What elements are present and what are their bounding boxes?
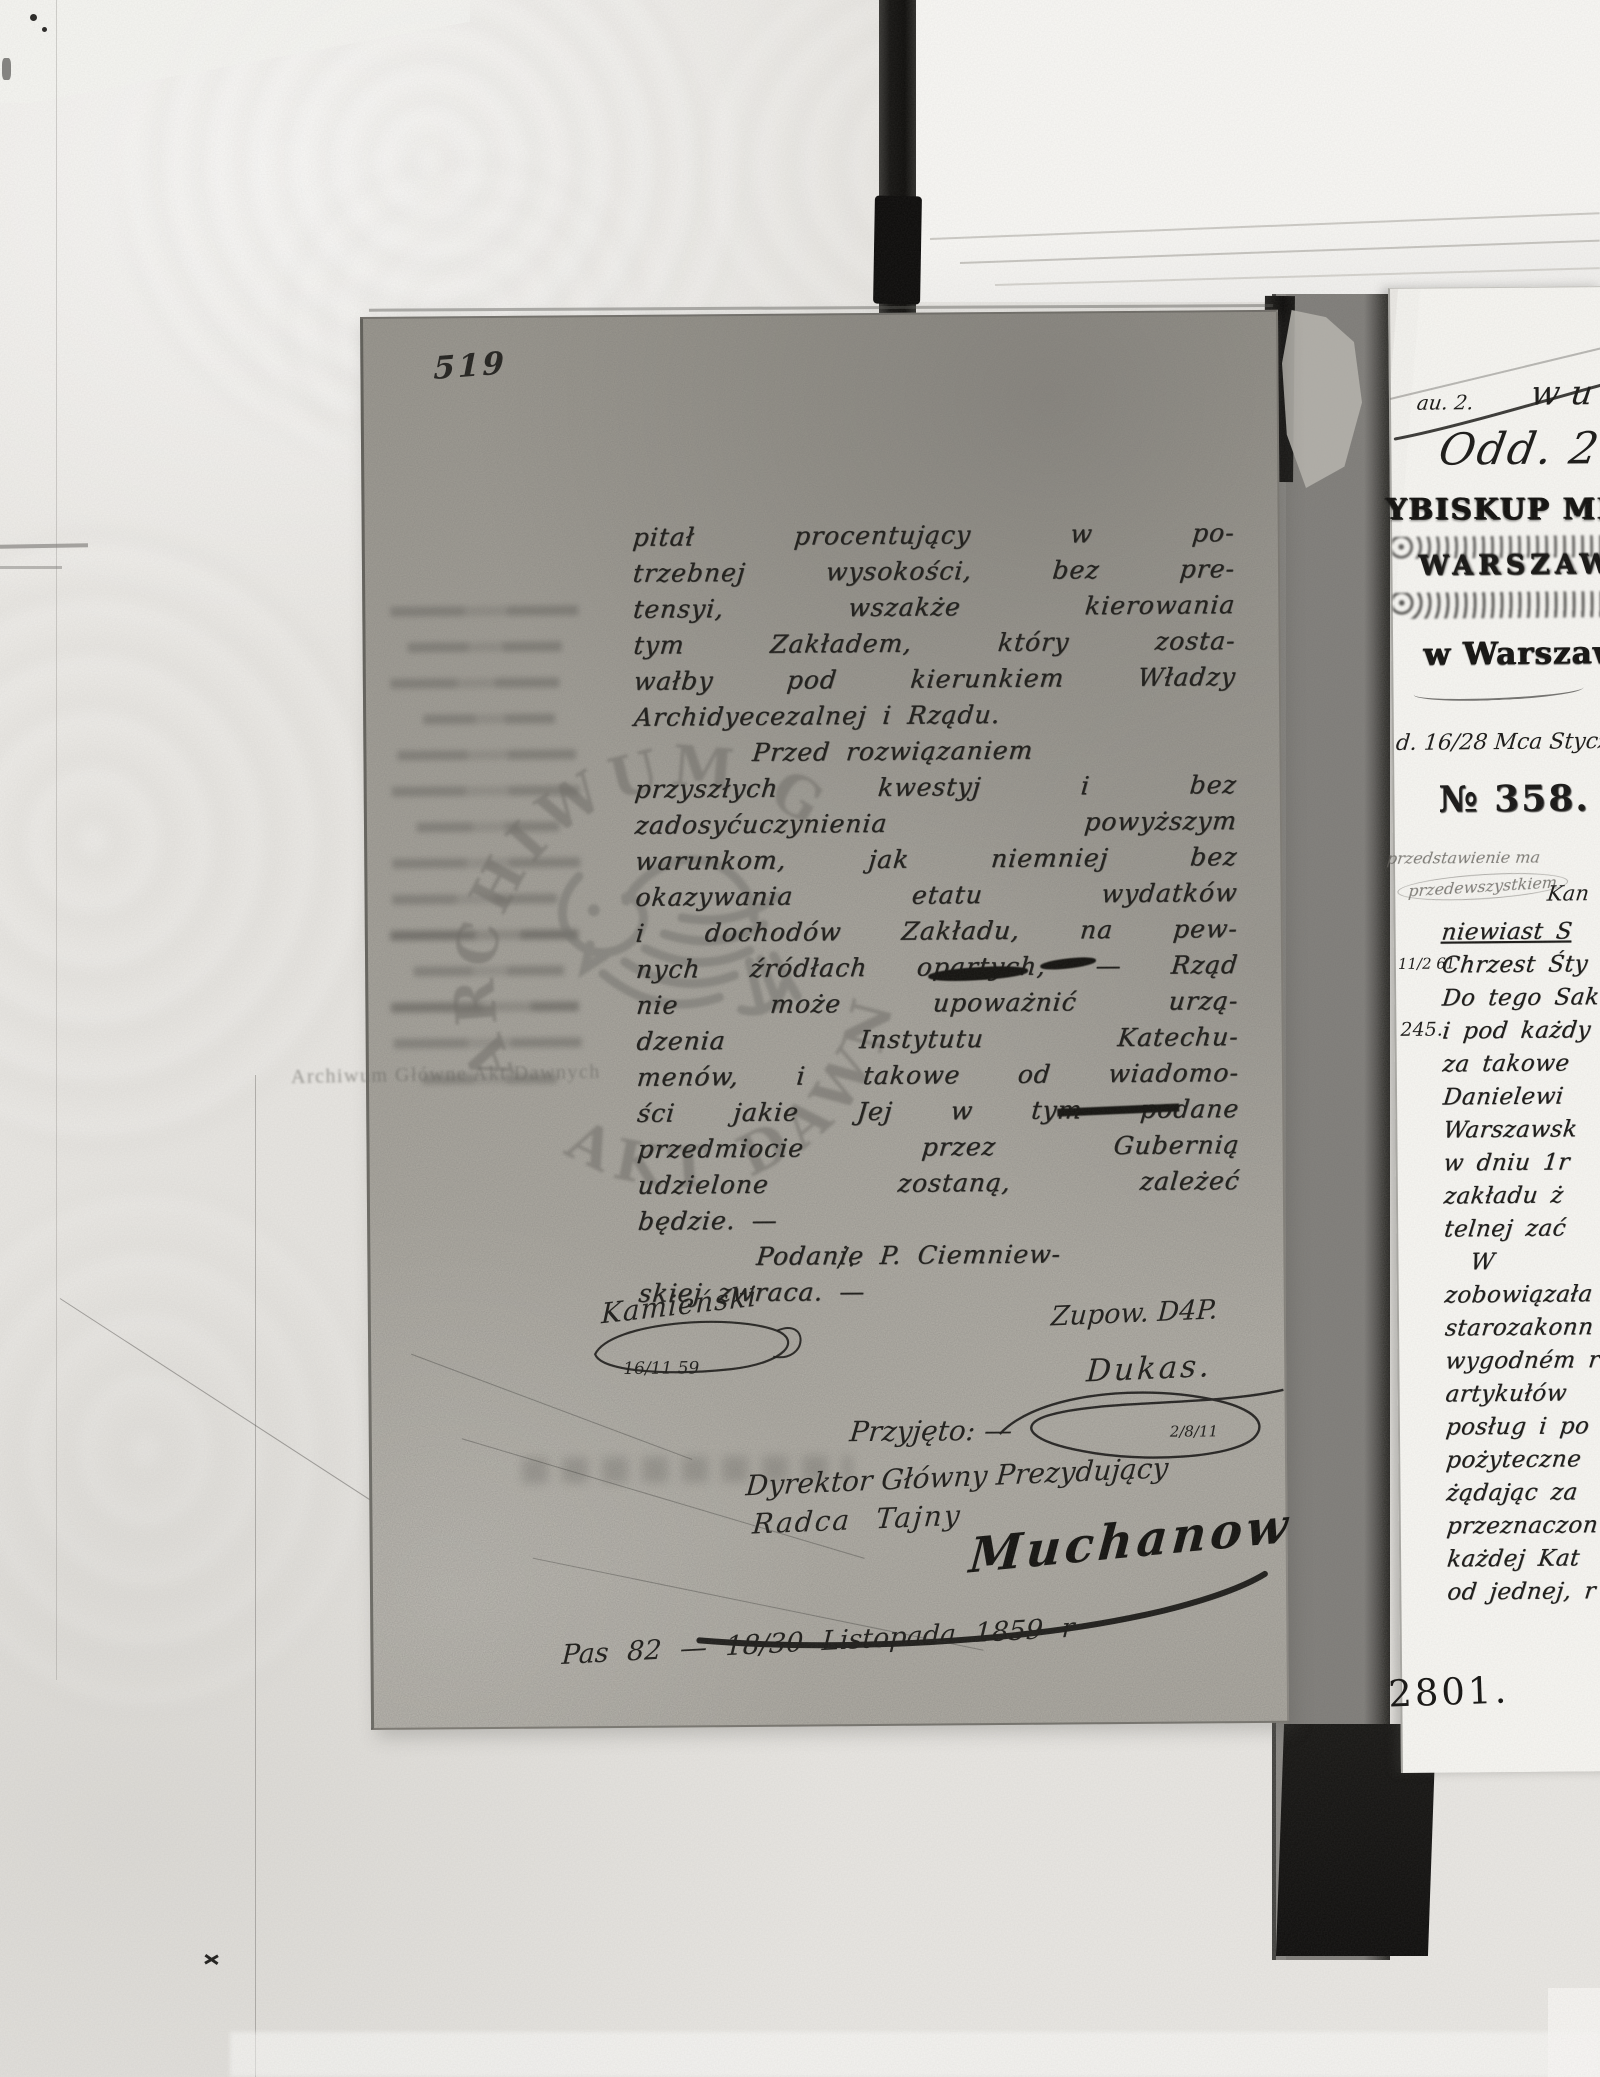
manuscript-line: będzie. — <box>636 1199 1241 1240</box>
letter-text-column: niewiast S Chrzest Śty Do tego Sak i pod… <box>1441 915 1600 1609</box>
manuscript-line: menów, i takowe od wiadomo- <box>635 1055 1240 1096</box>
scratch-line <box>56 0 57 1680</box>
letter-line: artykułów <box>1444 1377 1600 1412</box>
letterhead-blackletter-line: w Warszawie. <box>1423 635 1600 673</box>
letter-line: Do tego Sak <box>1440 981 1600 1016</box>
scratch-line <box>255 1075 256 2077</box>
letter-line: starozakonn <box>1443 1311 1600 1346</box>
manuscript-line: dzenia Instytutu Katechu- <box>635 1019 1240 1060</box>
letter-line: Chrzest Śty <box>1440 948 1600 983</box>
dark-film-band <box>879 0 916 333</box>
ink-speck <box>42 27 47 32</box>
sheet-edge-line <box>960 240 1600 264</box>
archival-scan-canvas: { "overlay": { "strip_text": "Archiwum G… <box>0 0 1600 2077</box>
paper-marbling-texture <box>0 520 390 1160</box>
printed-folio-number: 2801. <box>1388 1668 1510 1715</box>
bleedthrough-line <box>383 605 621 617</box>
letterhead-city-fragment: WARSZAWSK <box>1418 549 1600 582</box>
manuscript-line: wałby pod kierunkiem Władzy <box>632 659 1237 700</box>
sheet-edge-line <box>930 212 1600 240</box>
page-number: 519 <box>433 345 507 387</box>
clerk-date: 16/11 59 <box>623 1358 699 1379</box>
manuscript-line: tensyi, wszakże kierowania <box>632 587 1237 628</box>
bleedthrough-line <box>386 893 596 905</box>
bleedthrough-line <box>402 641 597 653</box>
letter-line: żądając za <box>1445 1476 1600 1511</box>
manuscript-line: i dochodów Zakładu, na pew- <box>634 911 1239 952</box>
letter-line: posług i po <box>1444 1410 1600 1445</box>
department-label: Zupow. D4P. <box>1050 1294 1219 1332</box>
letter-line: Danielewi <box>1441 1080 1600 1115</box>
bleedthrough-line <box>385 857 623 869</box>
letter-line: telnej zać <box>1442 1212 1600 1247</box>
bleedthrough-line <box>390 749 616 761</box>
margin-note: 11/2 61 <box>1398 954 1456 973</box>
letter-line: niewiast S <box>1440 915 1600 950</box>
bleedthrough-line <box>418 713 585 724</box>
manuscript-line: tym Zakładem, który zosta- <box>632 623 1237 664</box>
letter-line: przeznaczon <box>1445 1509 1600 1544</box>
letterhead-ornament-band <box>1393 591 1600 619</box>
manuscript-line: Przed rozwiązaniem <box>633 731 1238 772</box>
letter-line: za takowe <box>1441 1047 1600 1082</box>
handwriting-fragment: Kan <box>1546 881 1590 905</box>
sheet-edge-line <box>995 267 1600 286</box>
accepted-note: Przyjęto: — <box>848 1414 1014 1448</box>
manuscript-line: nych źródłach opartych, — Rząd <box>634 947 1239 988</box>
manuscript-line: udzielone zostaną, zależeć <box>636 1163 1241 1204</box>
manuscript-line: okazywania etatu wydatków <box>634 875 1239 916</box>
department-date: 2/8/11 <box>1170 1422 1218 1440</box>
letter-line: w dniu 1r <box>1442 1146 1600 1181</box>
bleedthrough-line <box>386 929 610 941</box>
manuscript-page: 519 ARCHIWUM GŁ AKT DAWN <box>360 310 1289 1730</box>
bottom-right-paper-sliver <box>1548 1988 1600 2077</box>
spine-grain-texture <box>1272 294 1390 1960</box>
script-heading: Odd. 2 <box>1435 423 1600 475</box>
manuscript-line: warunkom, jak niemniej bez <box>634 839 1239 880</box>
letter-line: każdej Kat <box>1445 1542 1600 1577</box>
manuscript-line: Podanie P. Ciemniew- <box>637 1235 1242 1276</box>
document-date-line: d. 16/28 Mca Stycznia <box>1395 729 1600 756</box>
ink-speck <box>2 58 11 80</box>
bleedthrough-line <box>387 1037 625 1049</box>
manuscript-line: zadosyćuczynienia powyższym <box>633 803 1238 844</box>
letterhead-title-fragment: YBISKUP METRO <box>1386 491 1600 526</box>
manuscript-line: przyszłych kwestyj i bez <box>633 767 1238 808</box>
adjacent-letterhead-document: au. 2. w u Odd. 2 YBISKUP METRO WARSZAWS… <box>1388 286 1600 1773</box>
letter-line: pożyteczne <box>1444 1443 1600 1478</box>
edge-mark <box>0 543 88 549</box>
bleedthrough-line <box>408 965 598 976</box>
manuscript-line: pitał procentujący w po- <box>631 515 1236 556</box>
manuscript-line: trzebnej wysokości, bez pre- <box>631 551 1236 592</box>
bottom-light-strip <box>230 2032 1600 2077</box>
stacked-sheets-top-right <box>900 0 1600 302</box>
letter-line: wygodném r <box>1443 1344 1600 1379</box>
backing-sheet-corner <box>0 0 470 108</box>
bleedthrough-line <box>385 785 623 797</box>
letter-line: od jednej, r <box>1446 1575 1600 1610</box>
bleedthrough-line <box>384 677 598 689</box>
document-number: № 358. <box>1438 777 1590 820</box>
letterhead-flourish-rule <box>1413 678 1584 703</box>
letter-line: W <box>1443 1245 1600 1280</box>
bleedthrough-line <box>411 821 592 832</box>
letter-line: zakładu ż <box>1442 1179 1600 1214</box>
letter-line: Warszawsk <box>1441 1113 1600 1148</box>
letter-line: i pod każdy <box>1441 1014 1600 1049</box>
manuscript-line: nie może upoważnić urzą- <box>635 983 1240 1024</box>
ink-bleedthrough-column <box>383 605 625 1111</box>
manuscript-text-column: pitał procentujący w po- trzebnej wysoko… <box>633 515 1241 1312</box>
pencil-note-line1: przedstawienie ma <box>1386 848 1542 868</box>
manuscript-line: przedmiocie przez Gubernią <box>636 1127 1241 1168</box>
pencil-note-line2: przedewszystkiem <box>1396 869 1569 905</box>
manuscript-line: Archidyecezalnej i Rządu. <box>632 695 1237 736</box>
reference-mark: /. <box>838 1243 855 1273</box>
edge-mark <box>0 566 62 569</box>
margin-note: 245. <box>1400 1019 1443 1041</box>
bleedthrough-line <box>386 1001 605 1013</box>
book-spine-strip <box>1272 294 1390 1960</box>
paper-marbling-texture <box>0 1180 380 1720</box>
letter-line: zobowiązała <box>1443 1278 1600 1313</box>
ink-speck <box>30 14 37 21</box>
